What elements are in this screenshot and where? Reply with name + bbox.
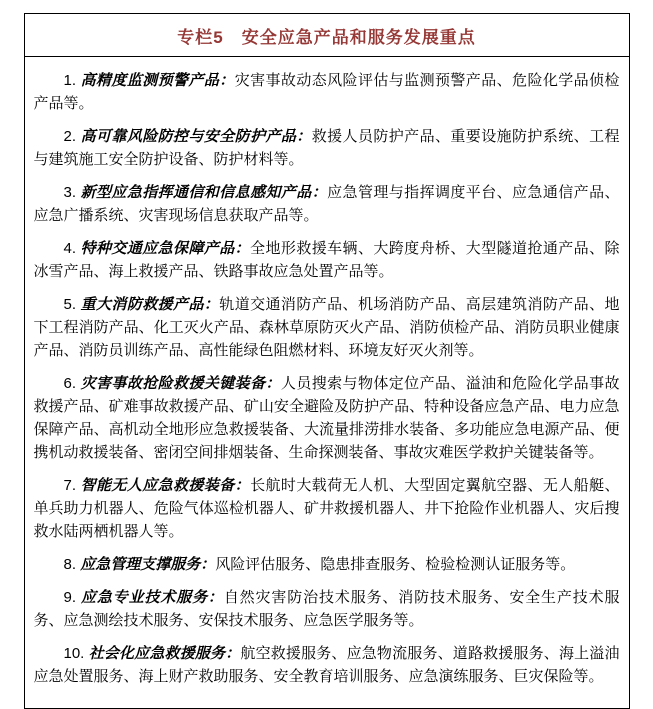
item-number: 2. bbox=[64, 128, 81, 145]
list-item: 8. 应急管理支撑服务：风险评估服务、隐患排查服务、检验检测认证服务等。 bbox=[34, 553, 620, 576]
list-item: 4. 特种交通应急保障产品：全地形救援车辆、大跨度舟桥、大型隧道抢通产品、除冰雪… bbox=[34, 237, 620, 283]
item-number: 3. bbox=[64, 184, 81, 201]
item-keyword: 重大消防救援产品： bbox=[81, 296, 220, 313]
item-keyword: 灾害事故抢险救援关键装备： bbox=[81, 375, 281, 392]
item-keyword: 智能无人应急救援装备： bbox=[81, 477, 251, 494]
item-keyword: 新型应急指挥通信和信息感知产品： bbox=[81, 184, 328, 201]
item-keyword: 高可靠风险防控与安全防护产品： bbox=[81, 128, 312, 145]
panel-body: 1. 高精度监测预警产品：灾害事故动态风险评估与监测预警产品、危险化学品侦检产品… bbox=[25, 57, 629, 708]
list-item: 1. 高精度监测预警产品：灾害事故动态风险评估与监测预警产品、危险化学品侦检产品… bbox=[34, 69, 620, 115]
item-keyword: 社会化应急救援服务： bbox=[89, 645, 241, 662]
item-number: 10. bbox=[64, 645, 89, 662]
item-number: 7. bbox=[64, 477, 81, 494]
item-keyword: 应急管理支撑服务： bbox=[80, 556, 215, 573]
item-keyword: 应急专业技术服务： bbox=[81, 589, 224, 606]
item-keyword: 高精度监测预警产品： bbox=[81, 72, 235, 89]
item-number: 6. bbox=[64, 375, 81, 392]
item-number: 5. bbox=[64, 296, 81, 313]
item-number: 4. bbox=[64, 240, 81, 257]
list-item: 10. 社会化应急救援服务：航空救援服务、应急物流服务、道路救援服务、海上溢油应… bbox=[34, 642, 620, 688]
list-item: 6. 灾害事故抢险救援关键装备：人员搜索与物体定位产品、溢油和危险化学品事故救援… bbox=[34, 372, 620, 464]
list-item: 5. 重大消防救援产品：轨道交通消防产品、机场消防产品、高层建筑消防产品、地下工… bbox=[34, 293, 620, 362]
list-item: 9. 应急专业技术服务：自然灾害防治技术服务、消防技术服务、安全生产技术服务、应… bbox=[34, 586, 620, 632]
item-number: 8. bbox=[64, 556, 81, 573]
list-item: 3. 新型应急指挥通信和信息感知产品：应急管理与指挥调度平台、应急通信产品、应急… bbox=[34, 181, 620, 227]
list-item: 7. 智能无人应急救援装备：长航时大载荷无人机、大型固定翼航空器、无人船艇、单兵… bbox=[34, 474, 620, 543]
item-content: 风险评估服务、隐患排查服务、检验检测认证服务等。 bbox=[215, 556, 575, 573]
item-number: 1. bbox=[64, 72, 81, 89]
list-item: 2. 高可靠风险防控与安全防护产品：救援人员防护产品、重要设施防护系统、工程与建… bbox=[34, 125, 620, 171]
item-number: 9. bbox=[64, 589, 82, 606]
panel-title: 专栏5 安全应急产品和服务发展重点 bbox=[25, 14, 629, 57]
column-panel: 专栏5 安全应急产品和服务发展重点 1. 高精度监测预警产品：灾害事故动态风险评… bbox=[24, 13, 630, 709]
item-keyword: 特种交通应急保障产品： bbox=[81, 240, 251, 257]
